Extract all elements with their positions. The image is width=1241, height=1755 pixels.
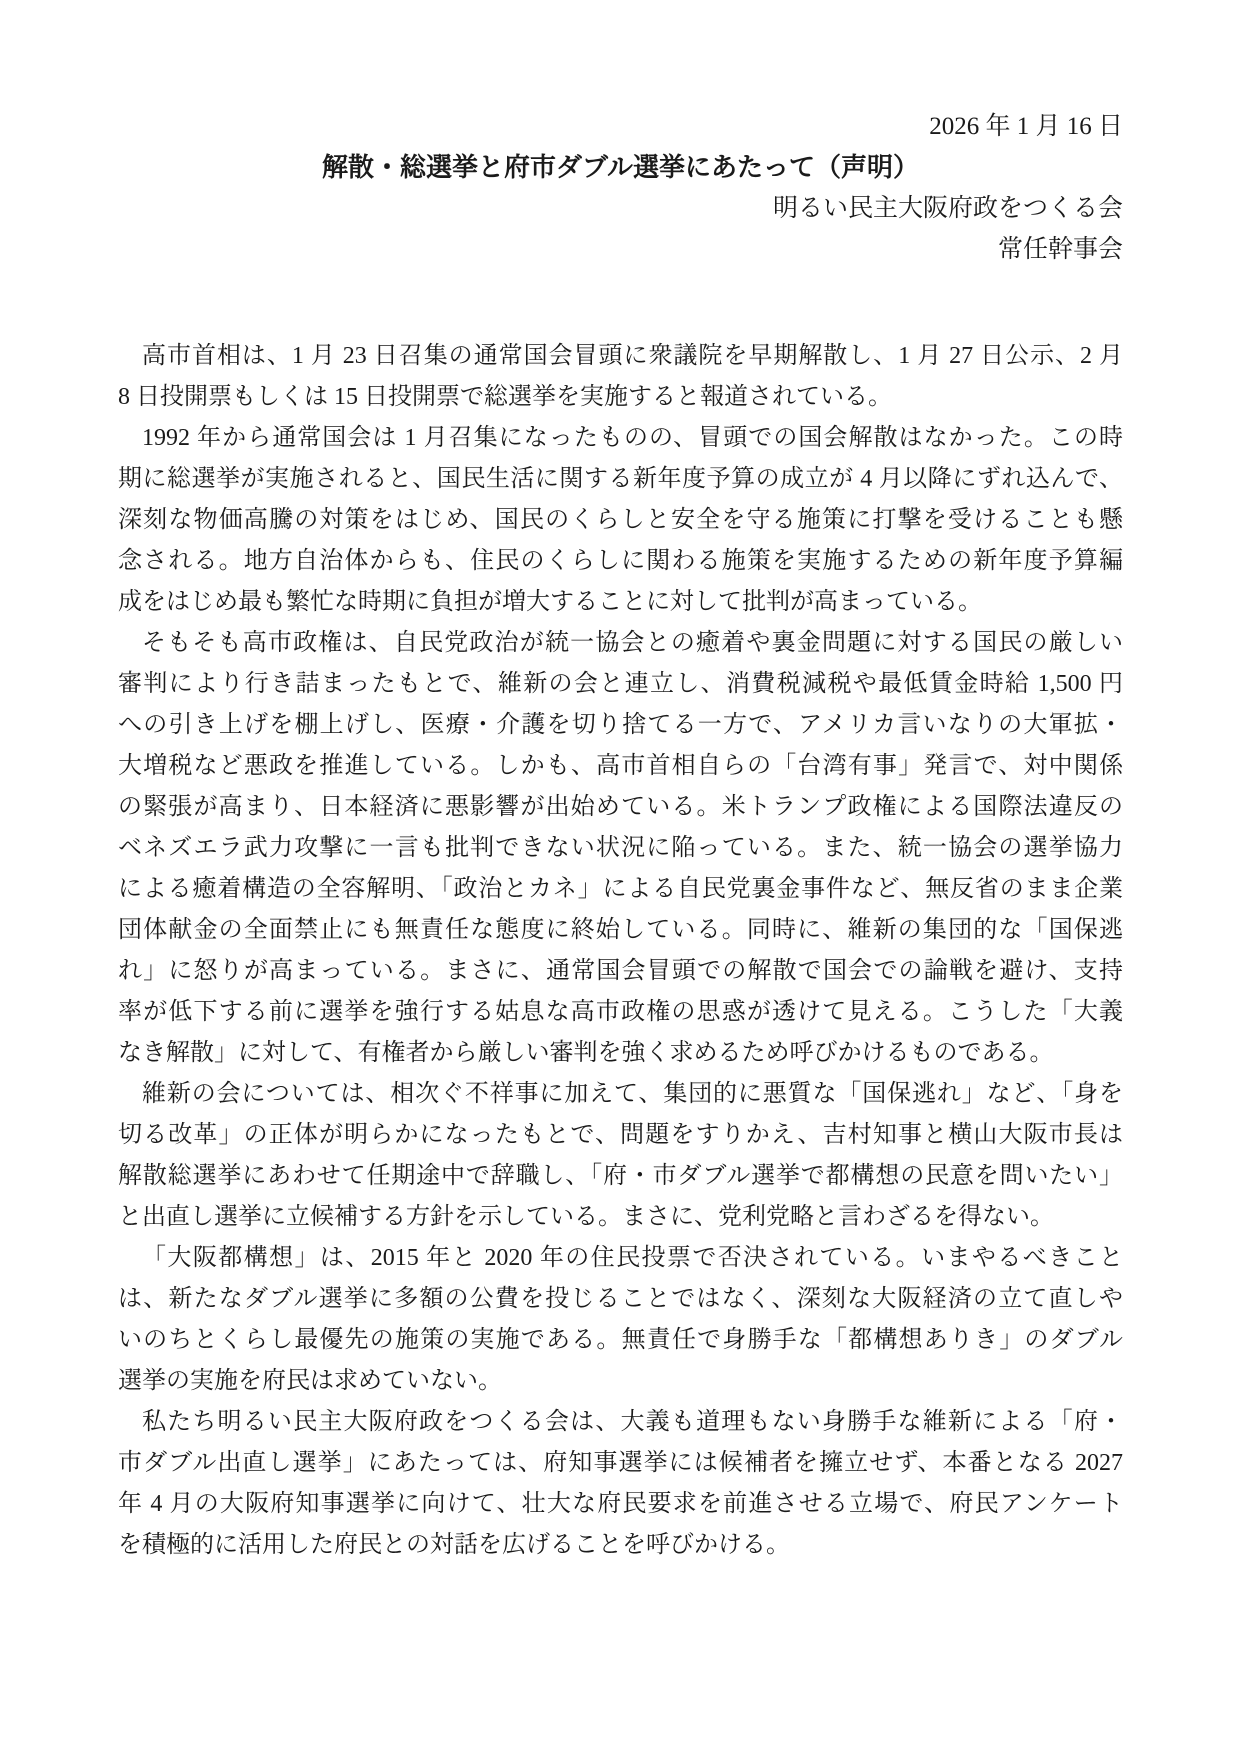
document-date: 2026 年 1 月 16 日 [118, 106, 1123, 147]
body-line: 高市首相は、1 月 23 日召集の通常国会冒頭に衆議院を早期解散し、1 月 27… [118, 336, 1123, 377]
body-line: と出直し選挙に立候補する方針を示している。まさに、党利党略と言わざるを得ない。 [118, 1197, 1123, 1238]
body-line: 選挙の実施を府民は求めていない。 [118, 1361, 1123, 1402]
body-line: 解散総選挙にあわせて任期途中で辞職し、「府・市ダブル選挙で都構想の民意を問いたい… [118, 1156, 1123, 1197]
body-line: 深刻な物価高騰の対策をはじめ、国民のくらしと安全を守る施策に打撃を受けることも懸 [118, 500, 1123, 541]
body-line: 私たち明るい民主大阪府政をつくる会は、大義も道理もない身勝手な維新による「府・ [118, 1402, 1123, 1443]
body-line: による癒着構造の全容解明、「政治とカネ」による自民党裏金事件など、無反省のまま企… [118, 869, 1123, 910]
body-line: 審判により行き詰まったもとで、維新の会と連立し、消費税減税や最低賃金時給 1,5… [118, 664, 1123, 705]
body-line: ベネズエラ武力攻撃に一言も批判できない状況に陥っている。また、統一協会の選挙協力 [118, 828, 1123, 869]
body-line: なき解散」に対して、有権者から厳しい審判を強く求めるため呼びかけるものである。 [118, 1033, 1123, 1074]
body-line: 1992 年から通常国会は 1 月召集になったものの、冒頭での国会解散はなかった… [118, 418, 1123, 459]
document-page: 2026 年 1 月 16 日 解散・総選挙と府市ダブル選挙にあたって（声明） … [0, 0, 1241, 1755]
body-line: 率が低下する前に選挙を強行する姑息な高市政権の思惑が透けて見える。こうした「大義 [118, 992, 1123, 1033]
body-line: 「大阪都構想」は、2015 年と 2020 年の住民投票で否決されている。いまや… [118, 1238, 1123, 1279]
body-line: 維新の会については、相次ぐ不祥事に加えて、集団的に悪質な「国保逃れ」など、「身を [118, 1074, 1123, 1115]
organization-name: 明るい民主大阪府政をつくる会 [118, 188, 1123, 229]
body-line: そもそも高市政権は、自民党政治が統一協会との癒着や裏金問題に対する国民の厳しい [118, 623, 1123, 664]
document-body: 高市首相は、1 月 23 日召集の通常国会冒頭に衆議院を早期解散し、1 月 27… [118, 336, 1123, 1566]
body-line: の緊張が高まり、日本経済に悪影響が出始めている。米トランプ政権による国際法違反の [118, 787, 1123, 828]
body-line: 団体献金の全面禁止にも無責任な態度に終始している。同時に、維新の集団的な「国保逃 [118, 910, 1123, 951]
document-title: 解散・総選挙と府市ダブル選挙にあたって（声明） [118, 147, 1123, 188]
body-line: 念される。地方自治体からも、住民のくらしに関わる施策を実施するための新年度予算編 [118, 541, 1123, 582]
body-line: は、新たなダブル選挙に多額の公費を投じることではなく、深刻な大阪経済の立て直しや [118, 1279, 1123, 1320]
body-line: を積極的に活用した府民との対話を広げることを呼びかける。 [118, 1525, 1123, 1566]
body-line: れ」に怒りが高まっている。まさに、通常国会冒頭での解散で国会での論戦を避け、支持 [118, 951, 1123, 992]
body-line: 期に総選挙が実施されると、国民生活に関する新年度予算の成立が 4 月以降にずれ込… [118, 459, 1123, 500]
body-line: 市ダブル出直し選挙」にあたっては、府知事選挙には候補者を擁立せず、本番となる 2… [118, 1443, 1123, 1484]
body-line: 年 4 月の大阪府知事選挙に向けて、壮大な府民要求を前進させる立場で、府民アンケ… [118, 1484, 1123, 1525]
body-line: 切る改革」の正体が明らかになったもとで、問題をすりかえ、吉村知事と横山大阪市長は [118, 1115, 1123, 1156]
body-line: 大増税など悪政を推進している。しかも、高市首相自らの「台湾有事」発言で、対中関係 [118, 746, 1123, 787]
committee-name: 常任幹事会 [118, 229, 1123, 270]
body-line: への引き上げを棚上げし、医療・介護を切り捨てる一方で、アメリカ言いなりの大軍拡・ [118, 705, 1123, 746]
body-line: いのちとくらし最優先の施策の実施である。無責任で身勝手な「都構想ありき」のダブル [118, 1320, 1123, 1361]
body-line: 成をはじめ最も繁忙な時期に負担が増大することに対して批判が高まっている。 [118, 582, 1123, 623]
body-line: 8 日投開票もしくは 15 日投開票で総選挙を実施すると報道されている。 [118, 377, 1123, 418]
